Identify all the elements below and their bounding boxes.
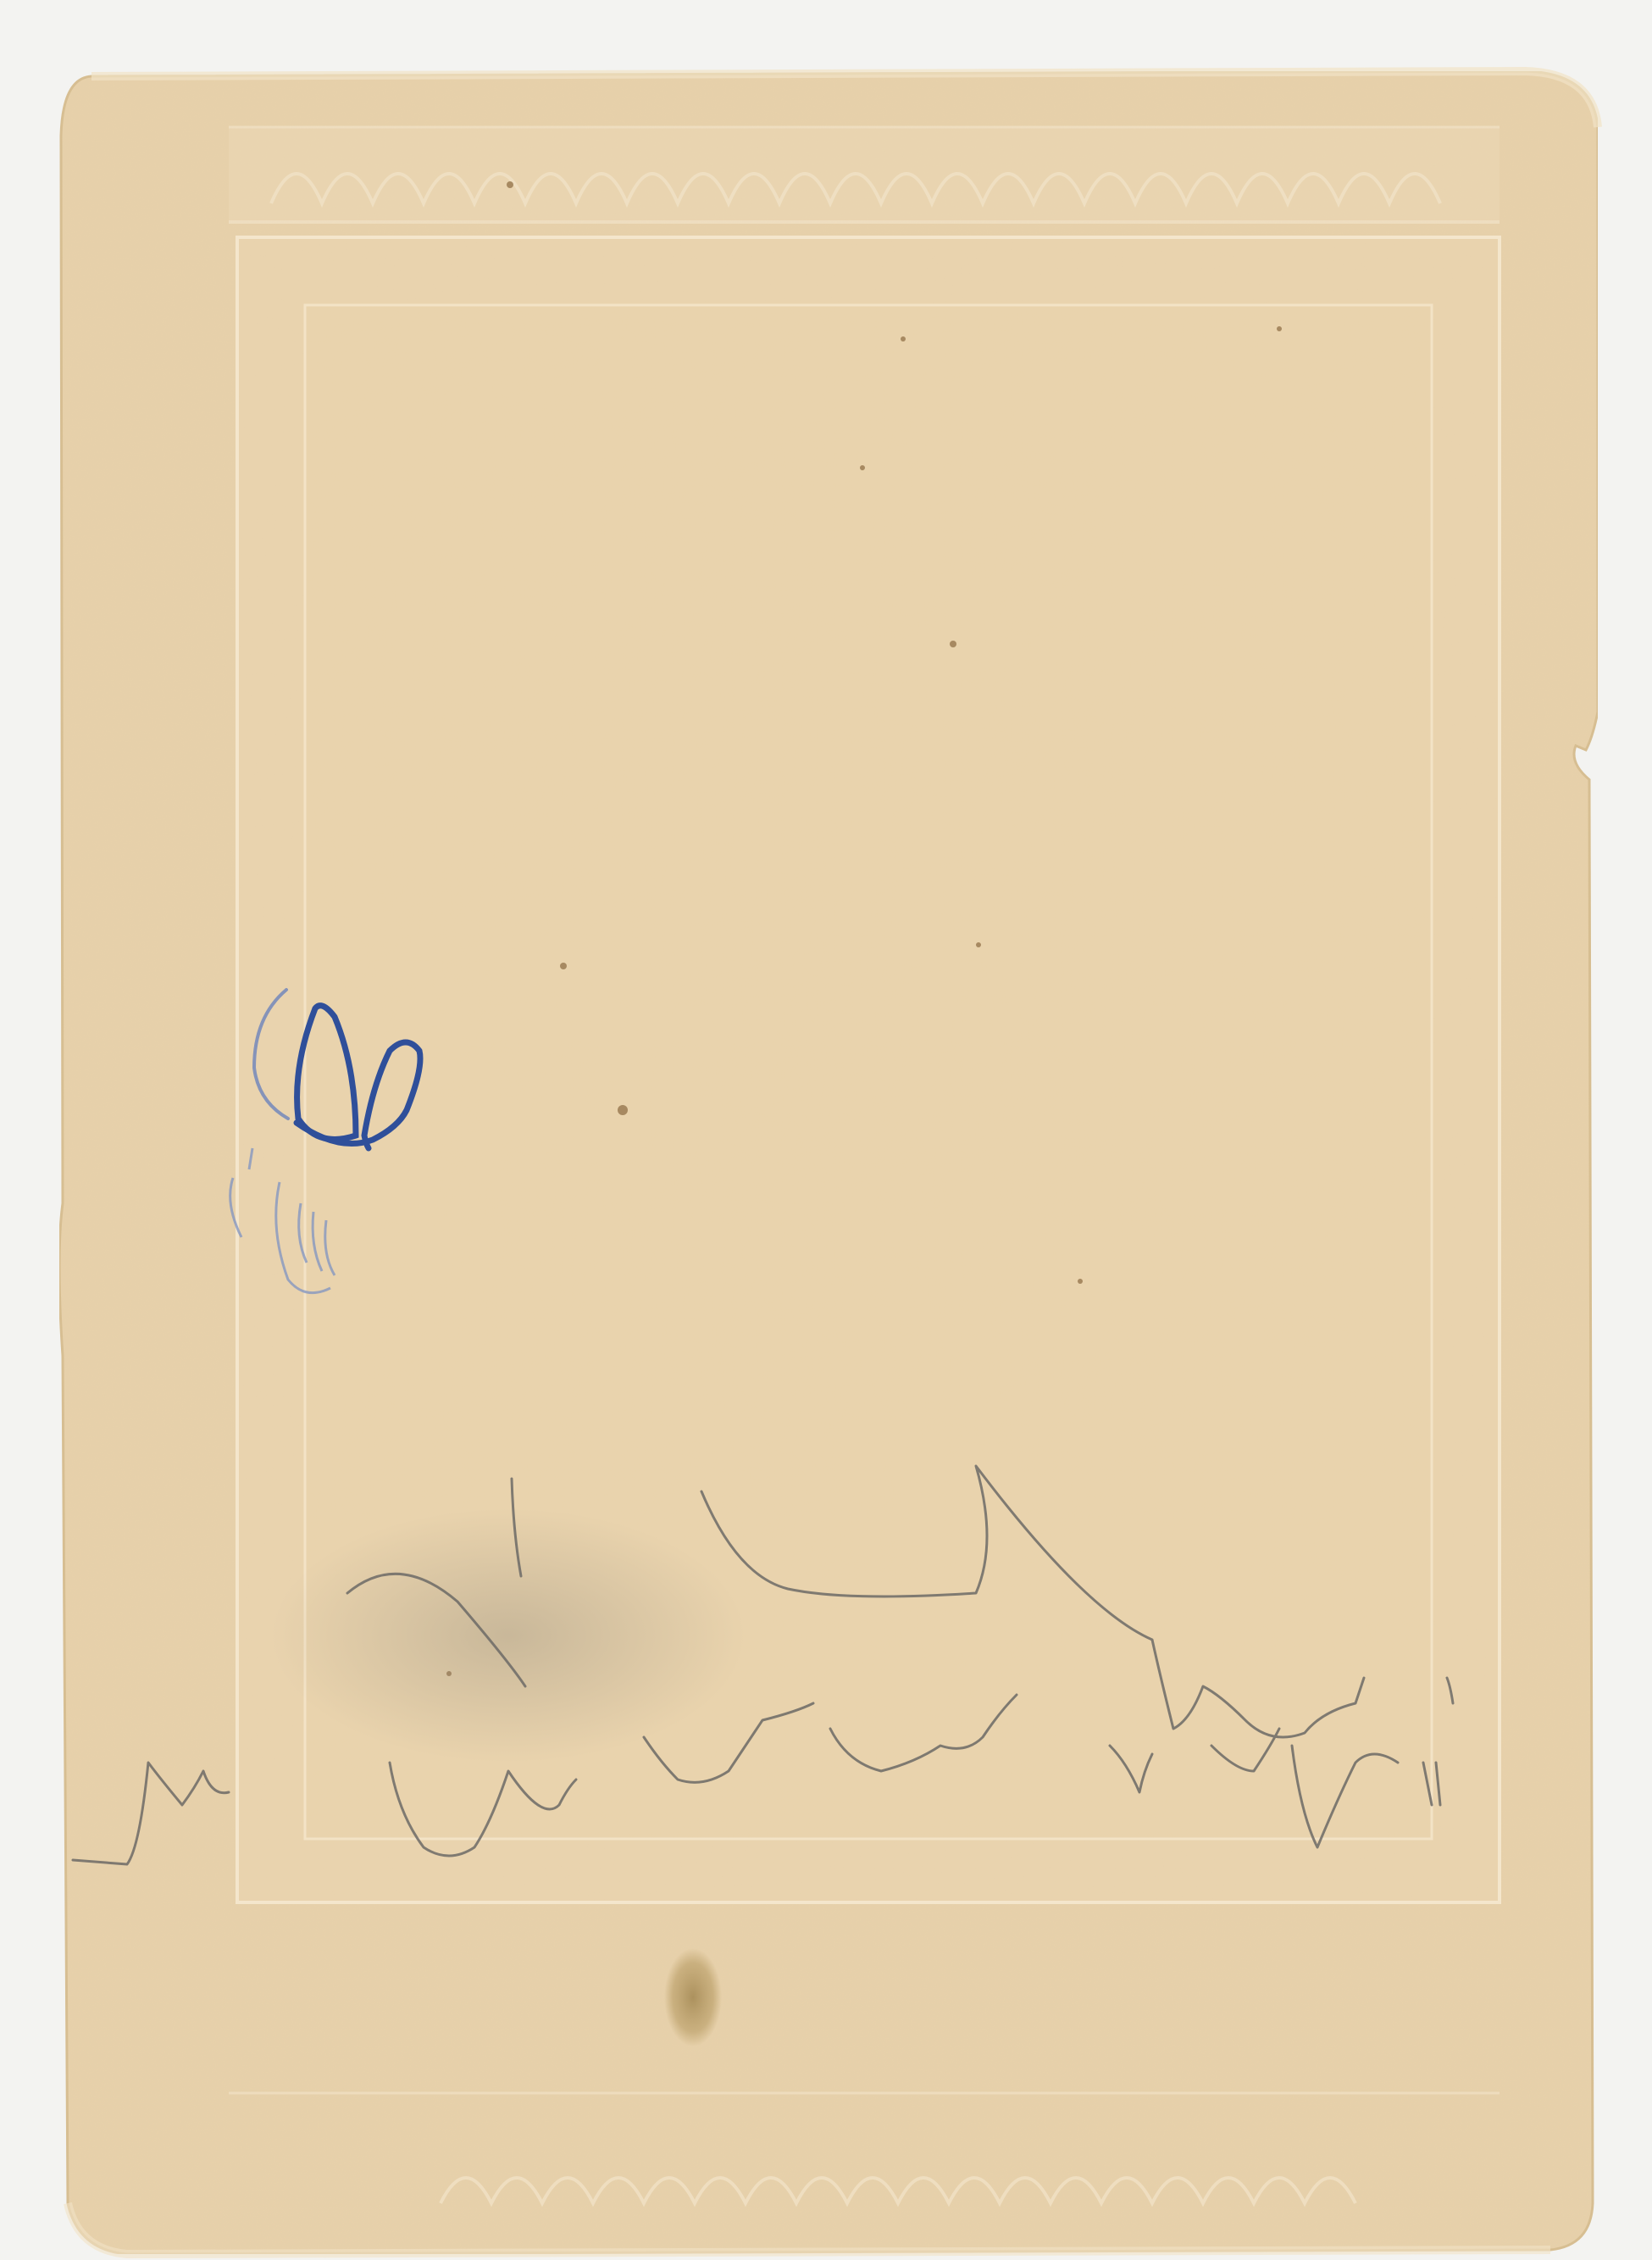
card-illustration [0,0,1652,2260]
embossed-top-border [229,127,1500,222]
scanned-card-scene: Scanned back of an aged cabinet card wit… [0,0,1652,2260]
pencil-smudge [271,1508,746,1763]
stain [664,1948,722,2046]
